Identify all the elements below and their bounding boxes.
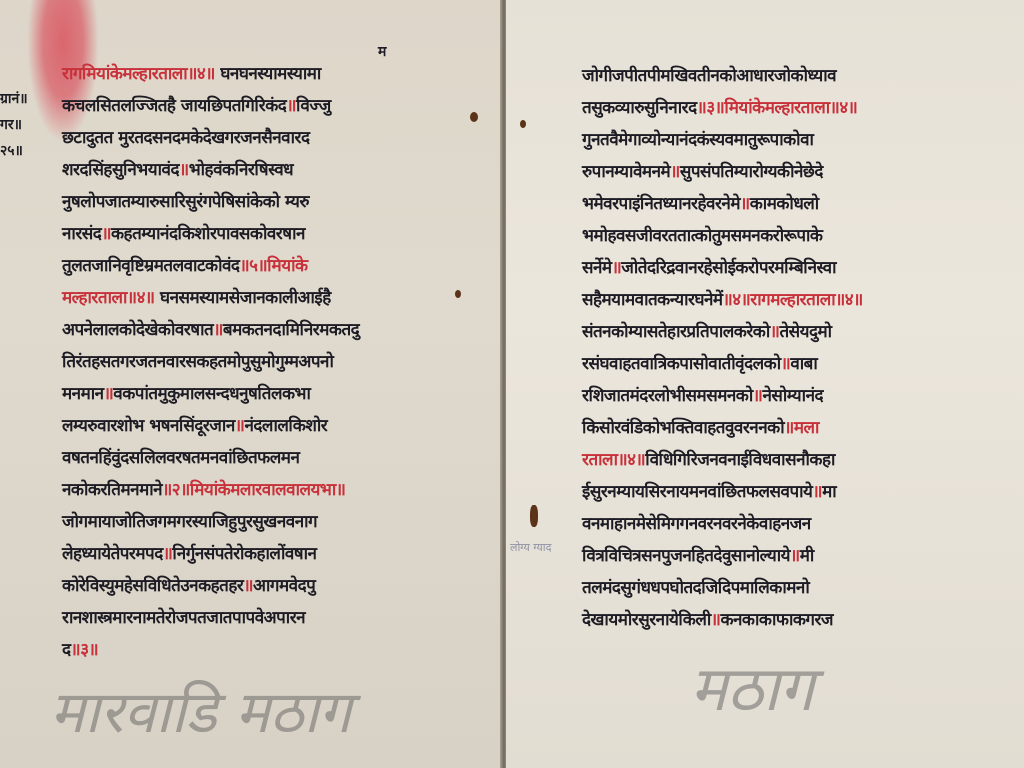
left-text-block: रागमियांकेमल्हारताला॥४॥ घनघनस्यामस्यामाक… — [62, 58, 359, 666]
body-text: सुपसंपतिम्यारोग्यकीनेछेदे — [680, 162, 823, 182]
manuscript-line: लेहध्यायेतेपरमपद॥निर्गुनसंपतेरोकहालोंवषा… — [62, 538, 359, 570]
manuscript-photo: ग्रानं॥ गर॥ २५॥ म रागमियांकेमल्हारताला॥४… — [0, 0, 1024, 768]
rubric-text: ॥३॥ — [71, 640, 99, 660]
body-text: वाबा — [790, 354, 817, 374]
body-text: भमेवरपाइंनितध्यानरहेवरनेमे — [582, 194, 740, 214]
body-text: तलमंदसुगंधधपघोतदजिदिपमालिकामनो — [582, 578, 809, 598]
rubric-text: ॥५॥मियांके — [239, 256, 307, 276]
body-text: मा — [822, 482, 836, 502]
faded-side-note: लोग्य ग्याद — [510, 540, 551, 555]
manuscript-line: रशिजातमंदरलोभीसमसमनको॥नेसोम्यानंद — [582, 380, 863, 412]
body-text: ईसुरनम्यायसिरनायमनवांछितफलसवपाये — [582, 482, 812, 502]
rubric-text: ॥ — [711, 610, 721, 630]
body-text: नारसंद — [62, 224, 101, 244]
manuscript-line: छटादुतत मुरतदसनदमकेदेखगरजनसैनवारद — [62, 122, 359, 154]
rubric-text: ॥ — [163, 544, 173, 564]
manuscript-line: किसोरवंडिकोभक्तिवाहतवुवरननको॥मला — [582, 412, 863, 444]
rubric-text: ॥ — [740, 194, 750, 214]
manuscript-line: मल्हारताला॥४॥ घनसमस्यामसेजानकालीआईहै — [62, 282, 359, 314]
rubric-text: ॥ — [235, 416, 245, 436]
rubric-text: ॥२॥मियांकेमलारवालवालयभा॥ — [162, 480, 345, 500]
body-text: रसंघवाहतवात्रिकपासोवातीवृंदलको — [582, 354, 781, 374]
rubric-text: ॥ — [243, 576, 253, 596]
body-text: तिरंतहसतगरजतनवारसकहतमोपुसुमोगुम्मअपनो — [62, 352, 333, 372]
manuscript-line: जोगमायाजोतिजगमगरस्याजिहुपुरसुखनवनाग — [62, 506, 359, 538]
body-text: तसुकव्यारुसुनिनारद — [582, 98, 697, 118]
manuscript-line: भमोहवसजीवरततात्कोतुमसमनकरोरूपाके — [582, 220, 863, 252]
body-text: जोगमायाजोतिजगमगरस्याजिहुपुरसुखनवनाग — [62, 512, 317, 532]
right-text-block: जोगीजपीतपीमखिवतीनकोआधारजोकोध्यावतसुकव्या… — [582, 60, 863, 636]
body-text: नेसोम्यानंद — [762, 386, 823, 406]
manuscript-line: मनमान॥वकपांतमुकुमालसन्दधनुषतिलकभा — [62, 378, 359, 410]
body-text: मी — [800, 546, 814, 566]
rubric-text: ॥३॥मियांकेमल्हारताला॥४॥ — [697, 98, 858, 118]
rubric-text: ॥ — [670, 162, 680, 182]
body-text: अपनेलालकोदेखेकोवरषात — [62, 320, 213, 340]
manuscript-line: जोगीजपीतपीमखिवतीनकोआधारजोकोध्याव — [582, 60, 863, 92]
body-text: नुषलोपजातम्यारुसारिसुरंगपेषिसांकेको म्यर… — [62, 192, 309, 212]
body-text: वित्रविचित्रसनपुजनहितदेवुसानोल्याये — [582, 546, 790, 566]
body-text: कोरेविस्युमहेसविधितेउनकहतहर — [62, 576, 243, 596]
body-text: विधिगिरिजनवनाईविधवासनौकहा — [645, 450, 835, 470]
manuscript-line: रताला॥४॥विधिगिरिजनवनाईविधवासनौकहा — [582, 444, 863, 476]
body-text: तेसेयदुमो — [779, 322, 831, 342]
body-text: मनमान — [62, 384, 104, 404]
body-text: सहैमयामवातकन्यारघनेमें — [582, 290, 723, 310]
manuscript-line: कोरेविस्युमहेसविधितेउनकहतहर॥आगमवेदपु — [62, 570, 359, 602]
ink-stain — [530, 505, 538, 527]
manuscript-line: वनमाहानमेसेमिगगनवरनवरनेकेवाहनजन — [582, 508, 863, 540]
body-text: देखायमोरसुरनायेकिली — [582, 610, 711, 630]
manuscript-line: तसुकव्यारुसुनिनारद॥३॥मियांकेमल्हारताला॥४… — [582, 92, 863, 124]
manuscript-line: रागमियांकेमल्हारताला॥४॥ घनघनस्यामस्यामा — [62, 58, 359, 90]
manuscript-line: तुलतजानिवृष्टिम्रमतलवाटकोवंद॥५॥मियांके — [62, 250, 359, 282]
rubric-text: ॥ — [781, 354, 791, 374]
rubric-text: ॥ — [286, 96, 296, 116]
manuscript-line: तलमंदसुगंधधपघोतदजिदिपमालिकामनो — [582, 572, 863, 604]
manuscript-line: कचलसितलज्जितहै जायछिपतगिरिकंद॥विज्जु — [62, 90, 359, 122]
rubric-text: ॥ — [770, 322, 780, 342]
body-text: निर्गुनसंपतेरोकहालोंवषान — [172, 544, 316, 564]
body-text: छटादुतत मुरतदसनदमकेदेखगरजनसैनवारद — [62, 128, 310, 148]
rubric-text: ॥मला — [784, 418, 819, 438]
manuscript-line: द॥३॥ — [62, 634, 359, 666]
body-text: भमोहवसजीवरततात्कोतुमसमनकरोरूपाके — [582, 226, 822, 246]
body-text: संतनकोम्यासतेहारप्रतिपालकरेको — [582, 322, 770, 342]
manuscript-line: नारसंद॥कहतम्यानंदकिशोरपावसकोवरषान — [62, 218, 359, 250]
body-text: कचलसितलज्जितहै जायछिपतगिरिकंद — [62, 96, 286, 116]
body-text: गुनतवैमेगाव्योन्यानंदकंस्यवमातुरूपाकोवा — [582, 130, 813, 150]
body-text: किसोरवंडिकोभक्तिवाहतवुवरननको — [582, 418, 784, 438]
manuscript-line: तिरंतहसतगरजतनवारसकहतमोपुसुमोगुम्मअपनो — [62, 346, 359, 378]
body-text: वषतनहिंवुंदसलिलवरषतमनवांछितफलमन — [62, 448, 299, 468]
body-text: भोहवंकनिरषिस्वध — [189, 160, 293, 180]
manuscript-line: गुनतवैमेगाव्योन्यानंदकंस्यवमातुरूपाकोवा — [582, 124, 863, 156]
rubric-text: ॥४॥रागमल्हारताला॥४॥ — [723, 290, 863, 310]
manuscript-line: वषतनहिंवुंदसलिलवरषतमनवांछितफलमन — [62, 442, 359, 474]
body-text: तुलतजानिवृष्टिम्रमतलवाटकोवंद — [62, 256, 239, 276]
manuscript-line: ईसुरनम्यायसिरनायमनवांछितफलसवपाये॥मा — [582, 476, 863, 508]
body-text: शरदसिंहसुनिभयावंद — [62, 160, 179, 180]
ink-stain — [520, 120, 526, 128]
ink-stain — [455, 290, 461, 298]
rubric-text: ॥ — [753, 386, 763, 406]
manuscript-line: भमेवरपाइंनितध्यानरहेवरनेमे॥कामकोधलो — [582, 188, 863, 220]
manuscript-line: संतनकोम्यासतेहारप्रतिपालकरेको॥तेसेयदुमो — [582, 316, 863, 348]
rubric-text: मल्हारताला॥४॥ — [62, 288, 155, 308]
body-text: सर्नेमे — [582, 258, 612, 278]
body-text: जोगीजपीतपीमखिवतीनकोआधारजोकोध्याव — [582, 66, 836, 86]
manuscript-line: नकोकरतिमनमाने॥२॥मियांकेमलारवालवालयभा॥ — [62, 474, 359, 506]
manuscript-line: देखायमोरसुरनायेकिली॥कनकाकाफाकगरज — [582, 604, 863, 636]
ink-stain — [470, 112, 478, 122]
left-page: ग्रानं॥ गर॥ २५॥ म रागमियांकेमल्हारताला॥४… — [0, 0, 502, 768]
body-text: विज्जु — [296, 96, 331, 116]
rubric-text: ॥ — [179, 160, 189, 180]
page-mark: म — [378, 42, 386, 61]
pencil-annotation-left: मारवाडि मठाग — [50, 670, 351, 749]
body-text: रानशास्त्रमारनामतेरोजपतजातपापवेअपारन — [62, 608, 305, 628]
manuscript-line: लम्यरुवारशोभ भषनसिंदूरजान॥नंदलालकिशोर — [62, 410, 359, 442]
body-text: कनकाकाफाकगरज — [720, 610, 833, 630]
body-text: लेहध्यायेतेपरमपद — [62, 544, 163, 564]
left-margin-text: ग्रानं॥ गर॥ २५॥ — [0, 86, 28, 164]
rubric-text: ॥ — [213, 320, 223, 340]
pencil-annotation-right: मठाग — [690, 645, 814, 729]
body-text: वनमाहानमेसेमिगगनवरनवरनेकेवाहनजन — [582, 514, 811, 534]
manuscript-line: अपनेलालकोदेखेकोवरषात॥बमकतनदामिनिरमकतदु — [62, 314, 359, 346]
body-text: बमकतनदामिनिरमकतदु — [223, 320, 359, 340]
body-text: घनसमस्यामसेजानकालीआईहै — [155, 288, 331, 308]
manuscript-line: नुषलोपजातम्यारुसारिसुरंगपेषिसांकेको म्यर… — [62, 186, 359, 218]
body-text: जोतेदरिद्रवानरहेसोईकरोपरमम्बिनिस्वा — [621, 258, 836, 278]
manuscript-line: रुपानम्यावेमनमे॥सुपसंपतिम्यारोग्यकीनेछेद… — [582, 156, 863, 188]
body-text: रुपानम्यावेमनमे — [582, 162, 670, 182]
rubric-text: ॥ — [101, 224, 111, 244]
body-text: द — [62, 640, 71, 660]
body-text: लम्यरुवारशोभ भषनसिंदूरजान — [62, 416, 235, 436]
body-text: नंदलालकिशोर — [244, 416, 327, 436]
rubric-text: ॥ — [104, 384, 114, 404]
body-text: कामकोधलो — [750, 194, 819, 214]
body-text: नकोकरतिमनमाने — [62, 480, 162, 500]
body-text: रशिजातमंदरलोभीसमसमनको — [582, 386, 753, 406]
body-text: कहतम्यानंदकिशोरपावसकोवरषान — [111, 224, 305, 244]
manuscript-line: वित्रविचित्रसनपुजनहितदेवुसानोल्याये॥मी — [582, 540, 863, 572]
rubric-text: ॥ — [790, 546, 800, 566]
rubric-text: रागमियांकेमल्हारताला॥४॥ — [62, 64, 215, 84]
manuscript-line: शरदसिंहसुनिभयावंद॥भोहवंकनिरषिस्वध — [62, 154, 359, 186]
manuscript-line: रानशास्त्रमारनामतेरोजपतजातपापवेअपारन — [62, 602, 359, 634]
body-text: घनघनस्यामस्यामा — [215, 64, 321, 84]
rubric-text: ॥ — [812, 482, 822, 502]
body-text: वकपांतमुकुमालसन्दधनुषतिलकभा — [113, 384, 310, 404]
body-text: आगमवेदपु — [253, 576, 315, 596]
rubric-text: रताला॥४॥ — [582, 450, 645, 470]
manuscript-line: सहैमयामवातकन्यारघनेमें॥४॥रागमल्हारताला॥४… — [582, 284, 863, 316]
rubric-text: ॥ — [612, 258, 622, 278]
manuscript-line: रसंघवाहतवात्रिकपासोवातीवृंदलको॥वाबा — [582, 348, 863, 380]
manuscript-line: सर्नेमे॥जोतेदरिद्रवानरहेसोईकरोपरमम्बिनिस… — [582, 252, 863, 284]
right-page: जोगीजपीतपीमखिवतीनकोआधारजोकोध्यावतसुकव्या… — [506, 0, 1024, 768]
